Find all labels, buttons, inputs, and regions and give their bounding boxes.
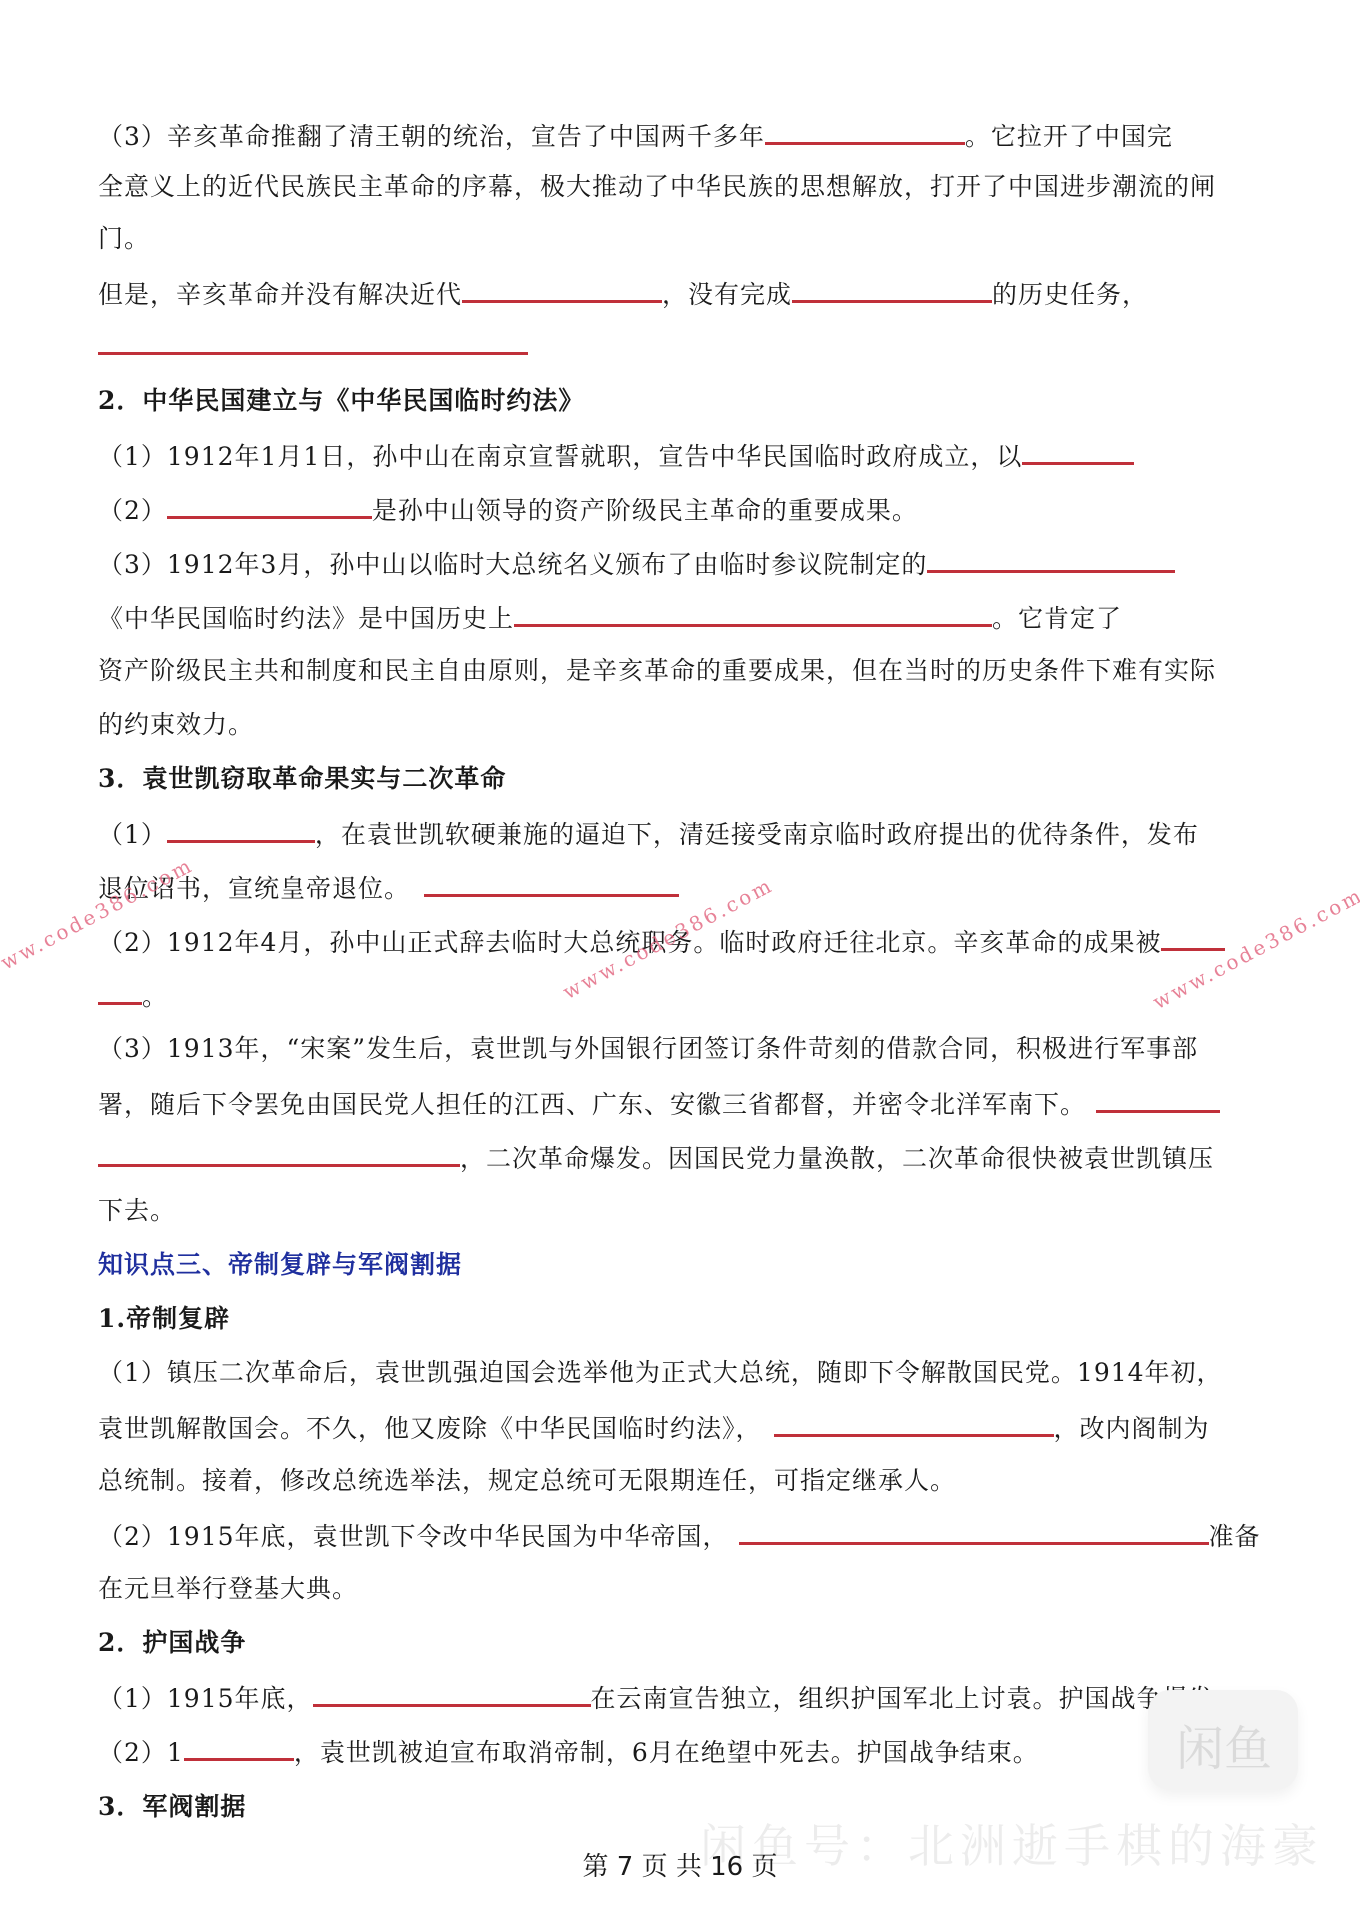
- logo-text: 闲鱼: [1176, 1710, 1272, 1779]
- section-heading: 2．护国战争: [98, 1626, 246, 1660]
- fill-blank[interactable]: [184, 1734, 294, 1761]
- paragraph: （3）辛亥革命推翻了清王朝的统治，宣告了中国两千多年。它拉开了中国完: [98, 118, 1173, 154]
- fill-blank[interactable]: [98, 978, 142, 1005]
- text: （3）辛亥革命推翻了清王朝的统治，宣告了中国两千多年: [98, 122, 765, 151]
- section-heading: 1.帝制复辟: [98, 1302, 230, 1336]
- fill-blank[interactable]: [98, 328, 528, 355]
- fill-blank[interactable]: [514, 600, 992, 627]
- paragraph: 下去。: [98, 1194, 176, 1228]
- fill-blank[interactable]: [1161, 924, 1225, 951]
- fill-blank[interactable]: [792, 276, 992, 303]
- paragraph: 门。: [98, 222, 150, 256]
- paragraph: 署，随后下令罢免由国民党人担任的江西、广东、安徽三省都督，并密令北洋军南下。: [98, 1086, 1220, 1122]
- section-heading: 3．袁世凯窃取革命果实与二次革命: [98, 762, 506, 796]
- paragraph: 《中华民国临时约法》是中国历史上。它肯定了: [98, 600, 1122, 636]
- paragraph: 在元旦举行登基大典。: [98, 1572, 358, 1606]
- section-heading: 3．军阀割据: [98, 1790, 246, 1824]
- paragraph: 。: [98, 978, 168, 1014]
- fill-blank[interactable]: [167, 492, 372, 519]
- fill-blank[interactable]: [739, 1518, 1209, 1545]
- paragraph: 资产阶级民主共和制度和民主自由原则，是辛亥革命的重要成果，但在当时的历史条件下难…: [98, 654, 1216, 688]
- text: 。它拉开了中国完: [965, 122, 1173, 151]
- text: 。它肯定了: [992, 604, 1122, 633]
- paragraph: （2）是孙中山领导的资产阶级民主革命的重要成果。: [98, 492, 918, 528]
- fill-blank[interactable]: [774, 1410, 1054, 1437]
- text: ，改内阁制为: [1054, 1414, 1210, 1443]
- fill-blank[interactable]: [1096, 1086, 1220, 1113]
- text: 准备: [1209, 1522, 1261, 1551]
- paragraph: （2）1，袁世凯被迫宣布取消帝制，6月在绝望中死去。护国战争结束。: [98, 1734, 1039, 1770]
- text: 。: [142, 982, 168, 1011]
- knowledge-point-heading: 知识点三、帝制复辟与军阀割据: [98, 1248, 462, 1282]
- paragraph: （1）镇压二次革命后，袁世凯强迫国会选举他为正式大总统，随即下令解散国民党。19…: [98, 1356, 1223, 1390]
- paragraph: 全意义上的近代民族民主革命的序幕，极大推动了中华民族的思想解放，打开了中国进步潮…: [98, 170, 1216, 204]
- fill-blank[interactable]: [313, 1680, 591, 1707]
- text: 的历史任务，: [992, 280, 1148, 309]
- text: （1）: [98, 820, 167, 849]
- text: （1）1912年1月1日，孙中山在南京宣誓就职，宣告中华民国临时政府成立，以: [98, 442, 1022, 471]
- text: ，袁世凯被迫宣布取消帝制，6月在绝望中死去。护国战争结束。: [294, 1738, 1039, 1767]
- text: 在云南宣告独立，组织护国军北上讨袁。护国战争爆发。: [591, 1684, 1241, 1713]
- xianyu-logo: 闲鱼: [1148, 1690, 1298, 1790]
- text: （2）1: [98, 1738, 184, 1767]
- text: ，二次革命爆发。因国民党力量涣散，二次革命很快被袁世凯镇压: [460, 1144, 1214, 1173]
- paragraph: [98, 328, 528, 364]
- paragraph: 的约束效力。: [98, 708, 254, 742]
- text: 袁世凯解散国会。不久，他又废除《中华民国临时约法》，: [98, 1414, 762, 1443]
- paragraph: （1）1915年底，在云南宣告独立，组织护国军北上讨袁。护国战争爆发。: [98, 1680, 1241, 1716]
- text: 但是，辛亥革命并没有解决近代: [98, 280, 462, 309]
- text: （2）: [98, 496, 167, 525]
- text: 署，随后下令罢免由国民党人担任的江西、广东、安徽三省都督，并密令北洋军南下。: [98, 1090, 1086, 1119]
- paragraph: 袁世凯解散国会。不久，他又废除《中华民国临时约法》，，改内阁制为: [98, 1410, 1210, 1446]
- text: 是孙中山领导的资产阶级民主革命的重要成果。: [372, 496, 918, 525]
- paragraph: （1）1912年1月1日，孙中山在南京宣誓就职，宣告中华民国临时政府成立，以: [98, 438, 1134, 474]
- paragraph: （2）1915年底，袁世凯下令改中华民国为中华帝国，准备: [98, 1518, 1261, 1554]
- paragraph: （3）1913年，“宋案”发生后，袁世凯与外国银行团签订条件苛刻的借款合同，积极…: [98, 1032, 1198, 1066]
- fill-blank[interactable]: [765, 118, 965, 145]
- text: （3）1912年3月，孙中山以临时大总统名义颁布了由临时参议院制定的: [98, 550, 927, 579]
- text: ，在袁世凯软硬兼施的逼迫下，清廷接受南京临时政府提出的优待条件，发布: [315, 820, 1199, 849]
- fill-blank[interactable]: [1022, 438, 1134, 465]
- fill-blank[interactable]: [927, 546, 1175, 573]
- page-footer: 第 7 页 共 16 页: [0, 1846, 1360, 1883]
- fill-blank[interactable]: [462, 276, 662, 303]
- paragraph: （1），在袁世凯软硬兼施的逼迫下，清廷接受南京临时政府提出的优待条件，发布: [98, 816, 1199, 852]
- paragraph: （3）1912年3月，孙中山以临时大总统名义颁布了由临时参议院制定的: [98, 546, 1175, 582]
- fill-blank[interactable]: [167, 816, 315, 843]
- fill-blank[interactable]: [98, 1140, 460, 1167]
- text: 《中华民国临时约法》是中国历史上: [98, 604, 514, 633]
- fill-blank[interactable]: [424, 870, 679, 897]
- paragraph: 但是，辛亥革命并没有解决近代，没有完成的历史任务，: [98, 276, 1148, 312]
- paragraph: 总统制。接着，修改总统选举法，规定总统可无限期连任，可指定继承人。: [98, 1464, 956, 1498]
- text: （2）1915年底，袁世凯下令改中华民国为中华帝国，: [98, 1522, 729, 1551]
- section-heading: 2．中华民国建立与《中华民国临时约法》: [98, 384, 584, 418]
- text: ，没有完成: [662, 280, 792, 309]
- paragraph: ，二次革命爆发。因国民党力量涣散，二次革命很快被袁世凯镇压: [98, 1140, 1214, 1176]
- text: （1）1915年底，: [98, 1684, 313, 1713]
